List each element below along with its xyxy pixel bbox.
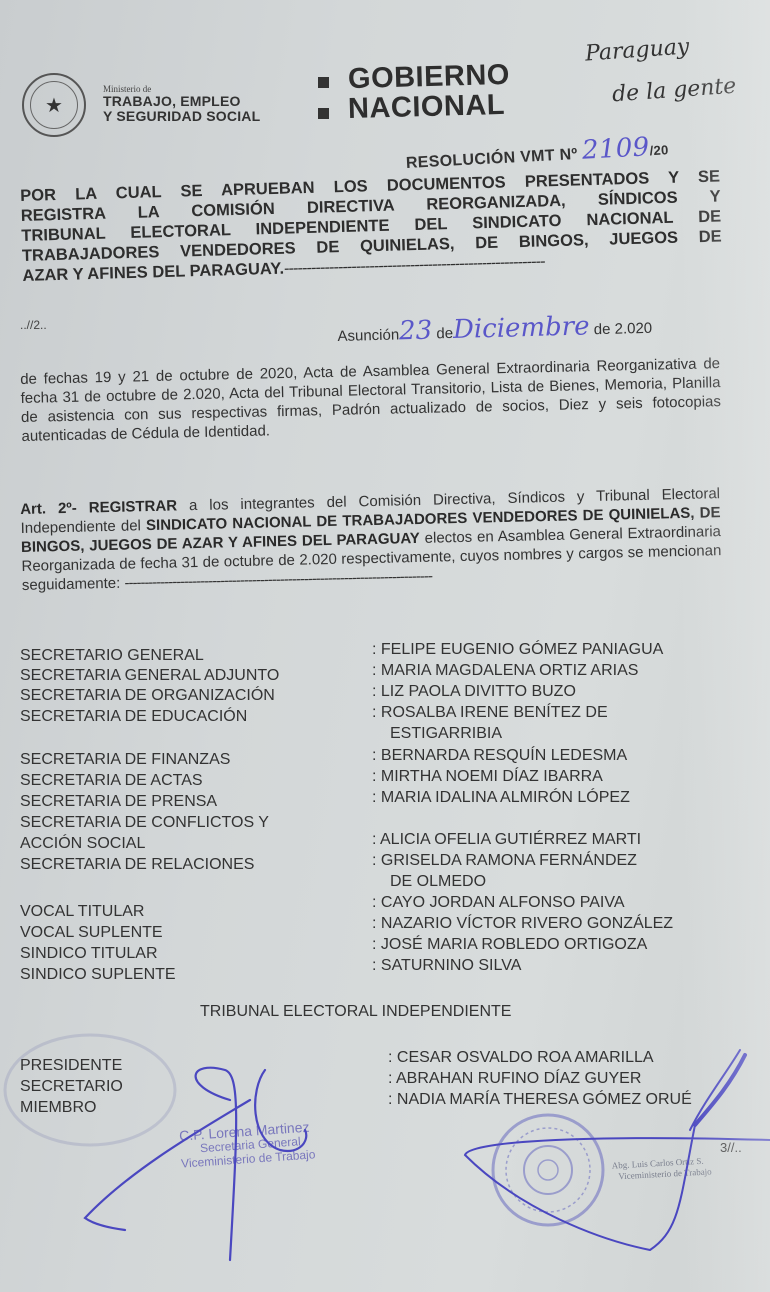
role-label: SINDICO TITULAR: [20, 944, 158, 963]
member-name: : BERNARDA RESQUÍN LEDESMA: [372, 746, 627, 765]
ministry-name: TRABAJO, EMPLEO Y SEGURIDAD SOCIAL: [103, 94, 260, 124]
resolution-suffix: /20: [649, 142, 669, 158]
date-year: de 2.020: [594, 320, 653, 339]
document-page: ★ Ministerio de TRABAJO, EMPLEO Y SEGURI…: [0, 0, 770, 1292]
role-label: VOCAL SUPLENTE: [20, 923, 163, 942]
member-name: : SATURNINO SILVA: [372, 956, 521, 975]
role-label: SECRETARIA DE EDUCACIÓN: [20, 707, 247, 726]
date-month: Diciembre: [453, 311, 590, 345]
gobierno-line2: NACIONAL: [348, 91, 506, 123]
role-label: SECRETARIA DE RELACIONES: [20, 855, 254, 874]
role-label: MIEMBRO: [20, 1098, 96, 1117]
member-name: : ALICIA OFELIA GUTIÉRREZ MARTI: [372, 830, 641, 849]
national-seal-icon: ★: [22, 73, 86, 137]
date-line: Asunción23 deDiciembre de 2.020: [337, 310, 652, 348]
member-name-continued: ESTIGARRIBIA: [390, 724, 502, 743]
member-name: : MARIA MAGDALENA ORTIZ ARIAS: [372, 661, 638, 680]
article-2-label: Art. 2º- REGISTRAR: [20, 497, 177, 518]
role-label: VOCAL TITULAR: [20, 902, 144, 921]
member-name: : NADIA MARÍA THERESA GÓMEZ ORUÉ: [388, 1090, 692, 1109]
role-label-continued: ACCIÓN SOCIAL: [20, 834, 145, 853]
date-day: 23: [399, 316, 433, 347]
square-bullet-icon: [318, 108, 329, 119]
ministry-name-line1: TRABAJO, EMPLEO: [103, 94, 260, 109]
left-signature-stamp: C.P. Lorena Martinez Secretaria General …: [179, 1119, 316, 1170]
role-label: SECRETARIO: [20, 1077, 123, 1096]
member-name: : FELIPE EUGENIO GÓMEZ PANIAGUA: [372, 640, 663, 659]
role-label: SECRETARIA DE ORGANIZACIÓN: [20, 686, 275, 705]
square-bullet-icon: [318, 77, 329, 88]
member-name: : NAZARIO VÍCTOR RIVERO GONZÁLEZ: [372, 914, 673, 933]
right-signature-stamp: Abg. Luis Carlos Ortiz S. Viceministerio…: [611, 1155, 711, 1182]
role-label: SECRETARIA DE CONFLICTOS Y: [20, 813, 269, 832]
member-name: : CAYO JORDAN ALFONSO PAIVA: [372, 893, 625, 912]
member-name: : JOSÉ MARIA ROBLEDO ORTIGOZA: [372, 935, 647, 954]
role-label: SECRETARIA DE FINANZAS: [20, 750, 230, 769]
resolution-prefix: RESOLUCIÓN VMT Nº: [406, 146, 578, 172]
gobierno-line1: GOBIERNO: [348, 61, 511, 93]
tribunal-heading: TRIBUNAL ELECTORAL INDEPENDIENTE: [200, 1003, 511, 1021]
member-name: : MARIA IDALINA ALMIRÓN LÓPEZ: [372, 788, 630, 807]
member-name: : MIRTHA NOEMI DÍAZ IBARRA: [372, 767, 603, 786]
slogan-line2: de la gente: [611, 74, 737, 108]
role-label: SECRETARIA GENERAL ADJUNTO: [20, 666, 279, 685]
page-marker: 3//..: [720, 1140, 742, 1155]
member-name-continued: DE OLMEDO: [390, 872, 486, 891]
role-label: SECRETARIA DE PRENSA: [20, 792, 217, 811]
role-label: SINDICO SUPLENTE: [20, 965, 176, 984]
date-city: Asunción: [337, 326, 399, 345]
official-seal-right-icon: [493, 1115, 603, 1225]
member-name: : LIZ PAOLA DIVITTO BUZO: [372, 682, 576, 701]
article-2-paragraph: Art. 2º- REGISTRAR a los integrantes del…: [20, 484, 722, 595]
role-label: SECRETARIO GENERAL: [20, 646, 204, 665]
member-name: : ABRAHAN RUFINO DÍAZ GUYER: [388, 1069, 641, 1088]
slogan-line1: Paraguay: [584, 34, 690, 66]
member-name: : ROSALBA IRENE BENÍTEZ DE: [372, 703, 608, 722]
member-name: : GRISELDA RAMONA FERNÁNDEZ: [372, 851, 637, 870]
role-label: PRESIDENTE: [20, 1056, 122, 1075]
page-reference: ..//2..: [20, 318, 47, 332]
resolution-title: POR LA CUAL SE APRUEBAN LOS DOCUMENTOS P…: [20, 166, 723, 286]
star-icon: ★: [24, 93, 84, 118]
ministry-name-line2: Y SEGURIDAD SOCIAL: [103, 109, 260, 124]
member-name: : CESAR OSVALDO ROA AMARILLA: [388, 1048, 654, 1067]
documents-paragraph: de fechas 19 y 21 de octubre de 2020, Ac…: [20, 354, 722, 446]
resolution-handwritten-number: 2109: [581, 132, 650, 165]
date-de: de: [436, 325, 453, 342]
role-label: SECRETARIA DE ACTAS: [20, 771, 203, 790]
